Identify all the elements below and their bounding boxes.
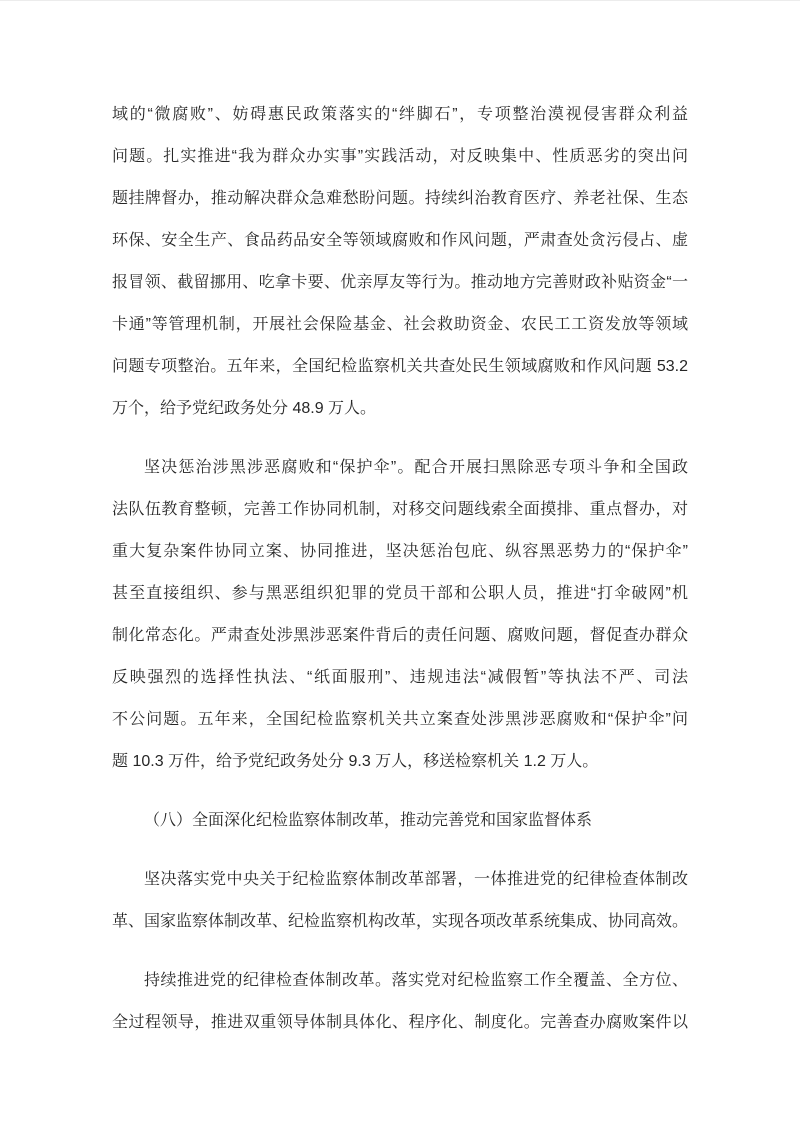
text-line: 题挂牌督办，推动解决群众急难愁盼问题。持续纠治教育医疗、养老社保、生态 [112, 178, 688, 220]
text-line: 报冒领、截留挪用、吃拿卡要、优亲厚友等行为。推动地方完善财政补贴资金“一 [112, 262, 688, 304]
paragraph: 坚决落实党中央关于纪检监察体制改革部署，一体推进党的纪律检查体制改革、国家监察体… [112, 859, 688, 943]
text-line: 域的“微腐败”、妨碍惠民政策落实的“绊脚石”，专项整治漠视侵害群众利益 [112, 94, 688, 136]
text-line: 问题专项整治。五年来，全国纪检监察机关共查处民生领域腐败和作风问题 53.2 [112, 346, 688, 388]
text-line: 问题。扎实推进“我为群众办实事”实践活动，对反映集中、性质恶劣的突出问 [112, 136, 688, 178]
text-line: 法队伍教育整顿，完善工作协同机制，对移交问题线索全面摸排、重点督办，对 [112, 489, 688, 531]
text-line: 重大复杂案件协同立案、协同推进，坚决惩治包庇、纵容黑恶势力的“保护伞” [112, 531, 688, 573]
section-heading: （八）全面深化纪检监察体制改革，推动完善党和国家监督体系 [112, 800, 688, 842]
document-body: 域的“微腐败”、妨碍惠民政策落实的“绊脚石”，专项整治漠视侵害群众利益问题。扎实… [112, 94, 688, 1061]
text-line: 制化常态化。严肃查处涉黑涉恶案件背后的责任问题、腐败问题，督促查办群众 [112, 615, 688, 657]
text-line: 坚决落实党中央关于纪检监察体制改革部署，一体推进党的纪律检查体制改 [112, 859, 688, 901]
document-page: 域的“微腐败”、妨碍惠民政策落实的“绊脚石”，专项整治漠视侵害群众利益问题。扎实… [0, 0, 800, 1131]
text-line: 坚决惩治涉黑涉恶腐败和“保护伞”。配合开展扫黑除恶专项斗争和全国政 [112, 447, 688, 489]
text-line: 题 10.3 万件，给予党纪政务处分 9.3 万人，移送检察机关 1.2 万人。 [112, 741, 688, 783]
paragraph: 域的“微腐败”、妨碍惠民政策落实的“绊脚石”，专项整治漠视侵害群众利益问题。扎实… [112, 94, 688, 430]
text-line: 环保、安全生产、食品药品安全等领域腐败和作风问题，严肃查处贪污侵占、虚 [112, 220, 688, 262]
text-line: 革、国家监察体制改革、纪检监察机构改革，实现各项改革系统集成、协同高效。 [112, 901, 688, 943]
text-line: （八）全面深化纪检监察体制改革，推动完善党和国家监督体系 [112, 800, 688, 842]
text-line: 甚至直接组织、参与黑恶组织犯罪的党员干部和公职人员，推进“打伞破网”机 [112, 573, 688, 615]
text-line: 全过程领导，推进双重领导体制具体化、程序化、制度化。完善查办腐败案件以 [112, 1002, 688, 1044]
paragraph: 坚决惩治涉黑涉恶腐败和“保护伞”。配合开展扫黑除恶专项斗争和全国政法队伍教育整顿… [112, 447, 688, 783]
text-line: 卡通”等管理机制，开展社会保险基金、社会救助资金、农民工工资发放等领域 [112, 304, 688, 346]
text-line: 万个，给予党纪政务处分 48.9 万人。 [112, 388, 688, 430]
text-line: 持续推进党的纪律检查体制改革。落实党对纪检监察工作全覆盖、全方位、 [112, 960, 688, 1002]
text-line: 反映强烈的选择性执法、“纸面服刑”、违规违法“减假暂”等执法不严、司法 [112, 657, 688, 699]
text-line: 不公问题。五年来，全国纪检监察机关共立案查处涉黑涉恶腐败和“保护伞”问 [112, 699, 688, 741]
paragraph: 持续推进党的纪律检查体制改革。落实党对纪检监察工作全覆盖、全方位、全过程领导，推… [112, 960, 688, 1044]
